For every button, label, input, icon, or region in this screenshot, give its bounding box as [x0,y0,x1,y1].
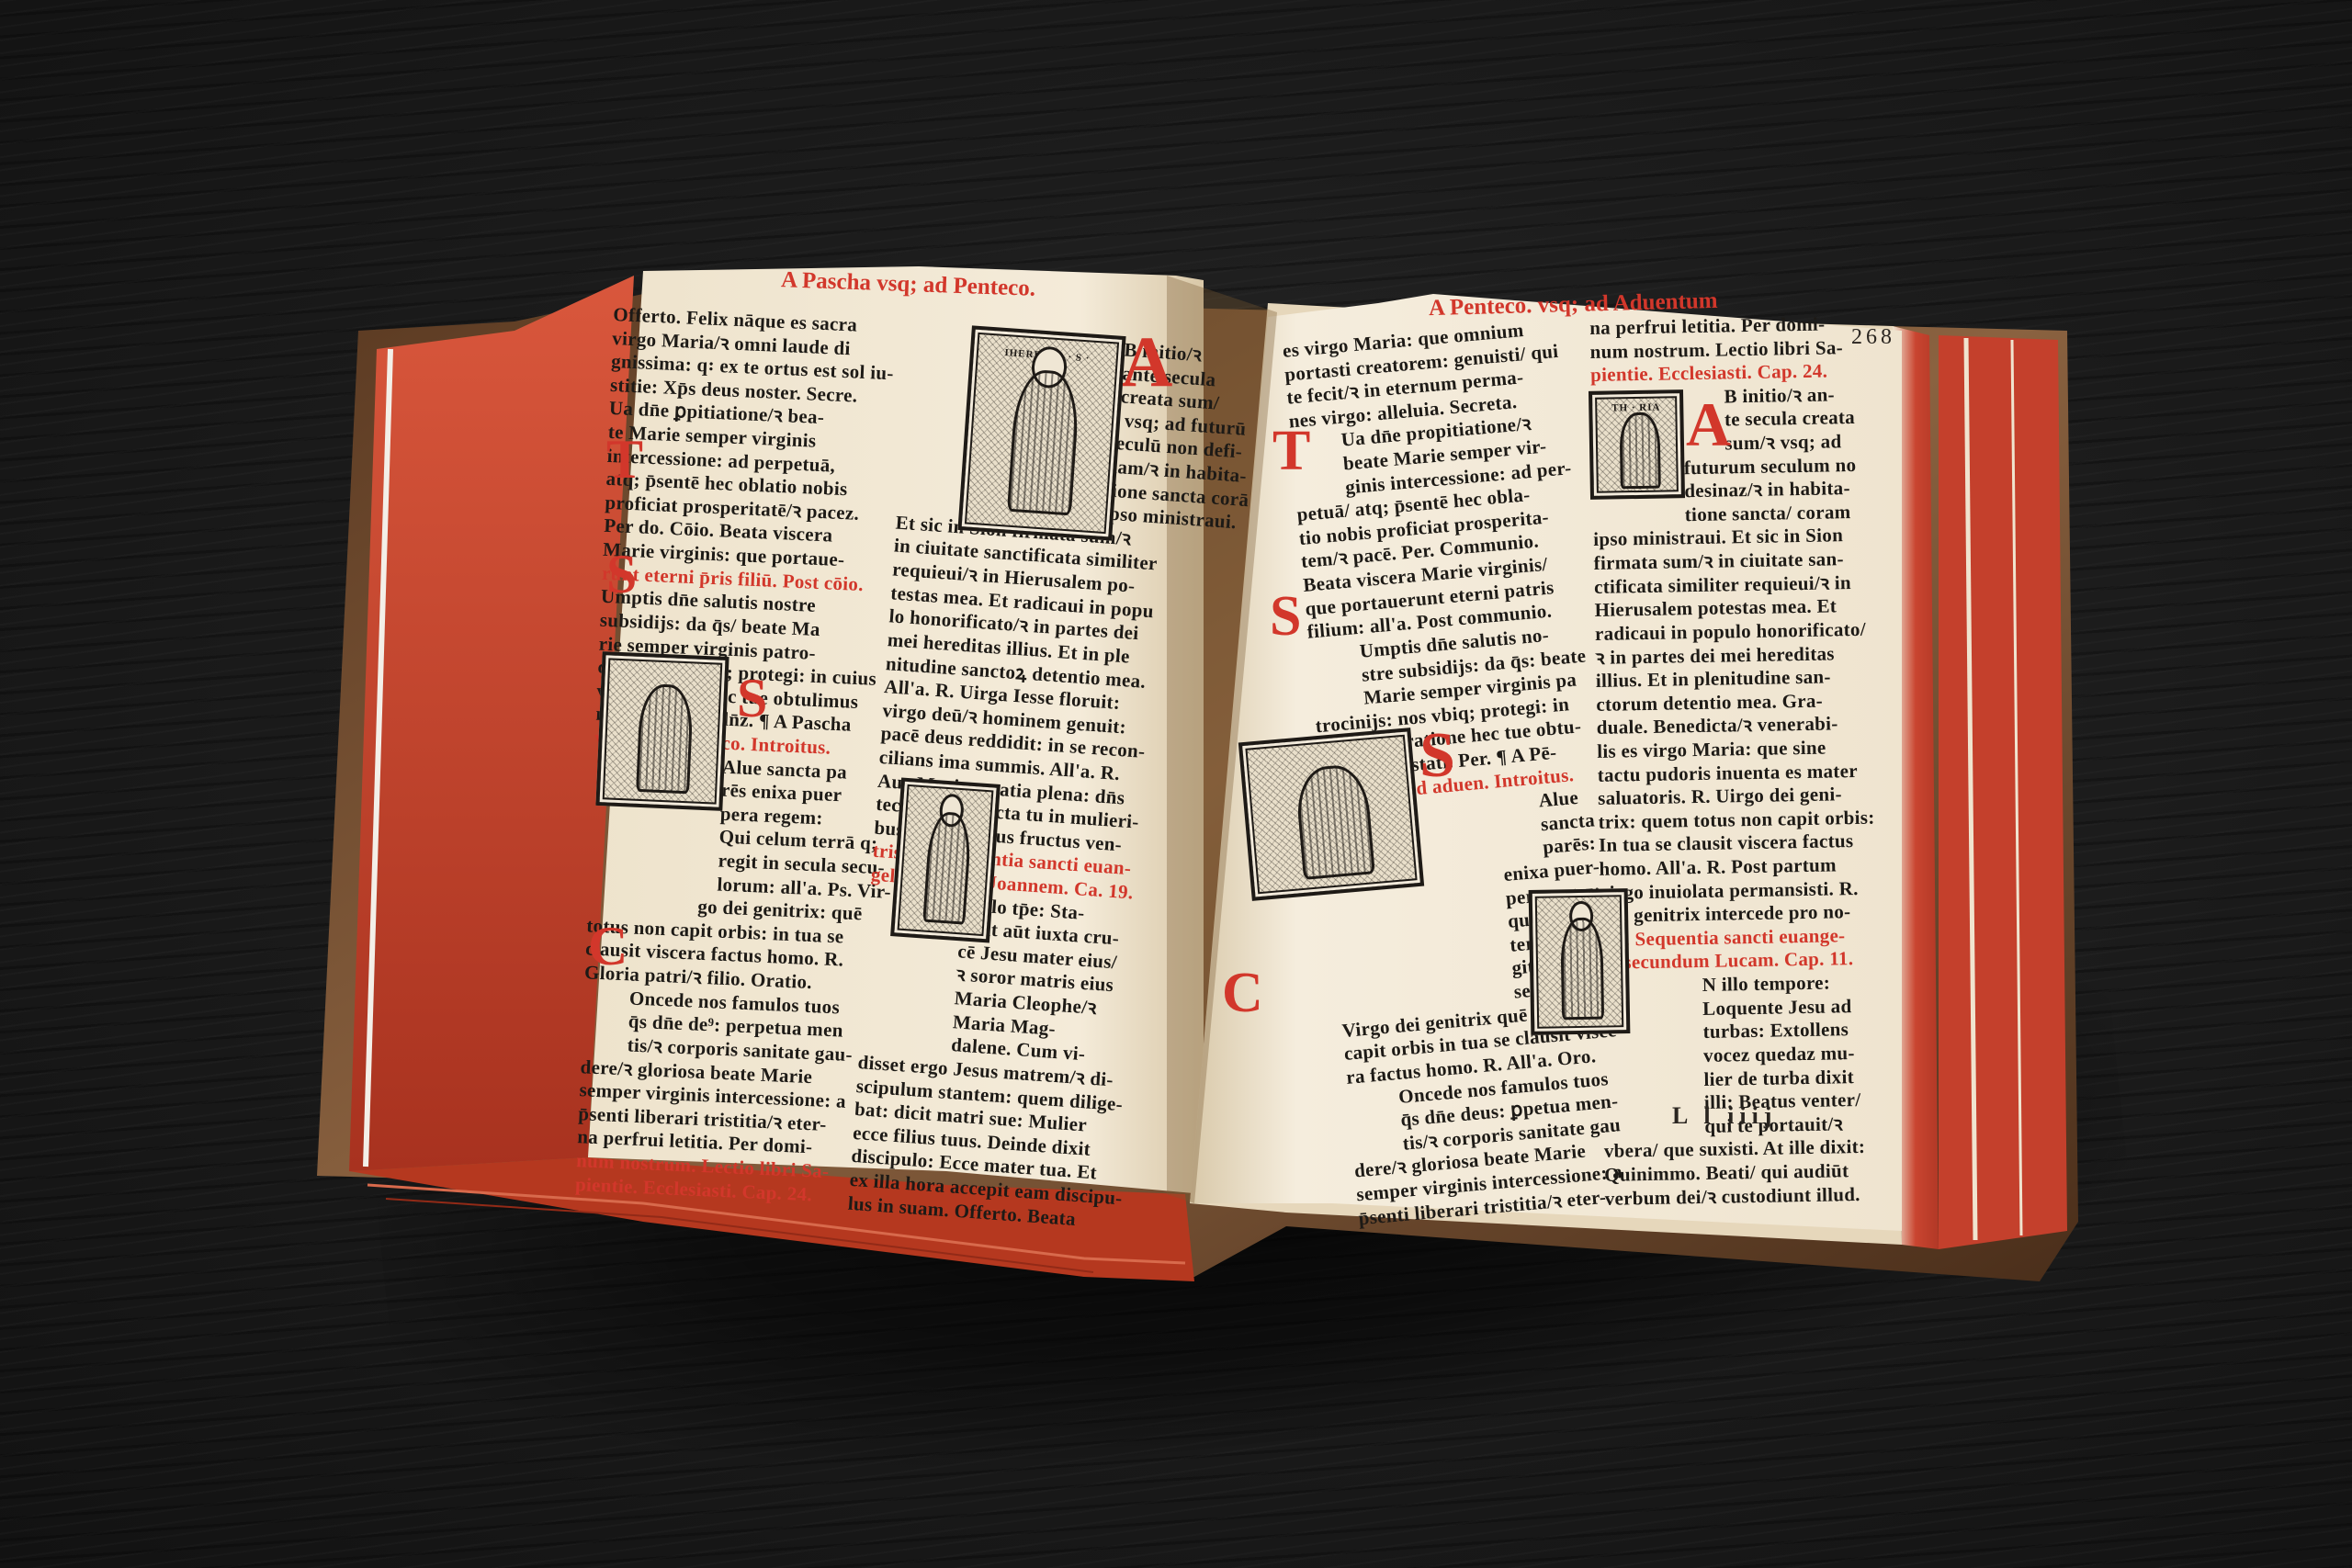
red-initial-s: S [737,671,767,726]
red-initial-c: C [588,919,628,974]
red-initial-s: S [1270,588,1301,645]
woodcut-figure [922,810,972,924]
woodcut-small-figure: TH · RIA [1589,389,1685,500]
woodcut-visitation [595,651,729,811]
woodcut-figure [1560,918,1604,1021]
woodcut-figure [636,683,694,794]
red-initial-t: T [1272,423,1310,479]
signature-mark: L l iiij [1672,1102,1777,1130]
woodcut-interior-scene [1238,728,1424,901]
woodcut-figure [1295,762,1375,880]
woodcut-prophet-jeremiah: IHEREMIA · S · PETA [957,325,1125,540]
book-body [0,0,2352,1568]
woodcut-evangelist-luke [1529,888,1631,1035]
red-initial-s: S [1419,724,1455,788]
red-initial-t: T [606,432,643,487]
woodcut-evangelist-john [890,777,1001,942]
open-book: A Pascha vsq; ad Penteco. Offerto. Felix… [0,0,2352,1568]
red-initial-a: A [1686,393,1731,456]
red-initial-c: C [1222,964,1263,1021]
red-initial-a: A [1121,326,1172,398]
woodcut-figure [1619,412,1660,489]
woodcut-figure [1007,368,1081,516]
red-initial-s: S [606,547,637,602]
